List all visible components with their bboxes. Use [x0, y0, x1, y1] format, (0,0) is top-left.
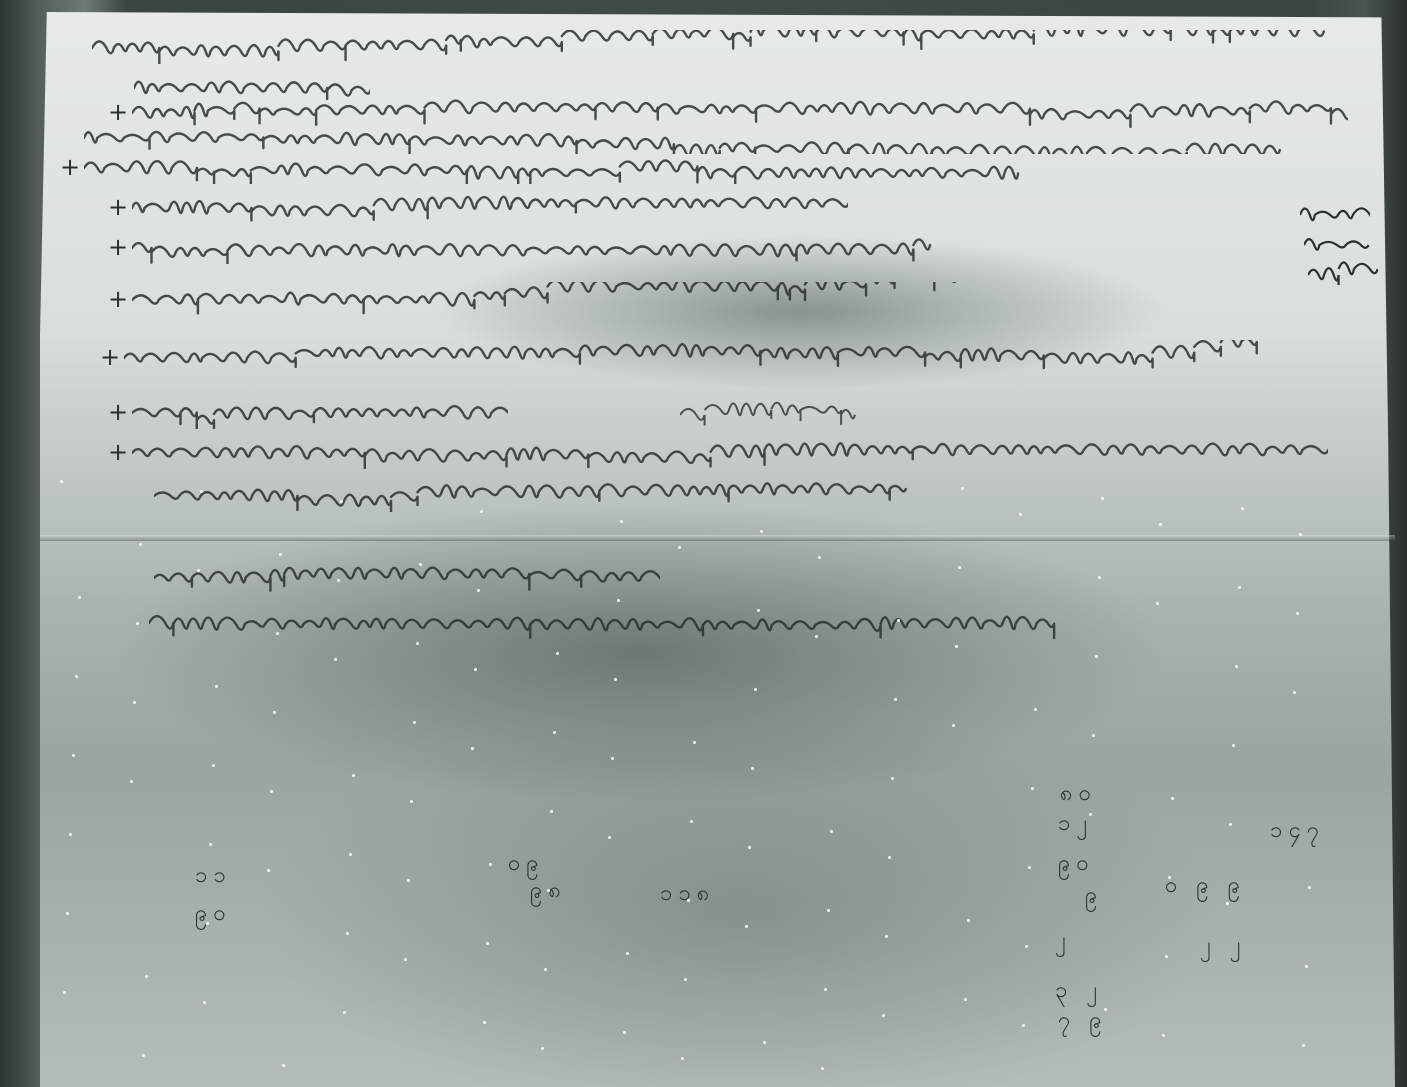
handwritten-script	[124, 340, 1260, 374]
photo-noise-speck	[614, 678, 617, 681]
photo-noise-speck	[349, 853, 352, 856]
manuscript-line: +	[108, 435, 1328, 469]
manuscript-line: +	[108, 230, 938, 264]
photo-noise-speck	[891, 777, 894, 780]
photo-noise-speck	[623, 1031, 626, 1034]
photo-noise-speck	[754, 688, 757, 691]
manuscript-line	[68, 30, 1328, 64]
photo-noise-speck	[1025, 945, 1028, 948]
photo-noise-speck	[818, 556, 821, 559]
photo-noise-speck	[209, 843, 212, 846]
photo-noise-speck	[547, 889, 550, 892]
margin-annotation	[1300, 195, 1370, 229]
photo-noise-speck	[888, 856, 891, 859]
numeral-mark: ၁၄၇	[1270, 815, 1325, 848]
entry-plus-marker: +	[60, 153, 78, 181]
photo-noise-speck	[1031, 787, 1034, 790]
photo-noise-speck	[477, 589, 480, 592]
photo-noise-speck	[751, 767, 754, 770]
margin-annotation	[1304, 225, 1374, 259]
entry-plus-marker: +	[108, 398, 126, 426]
handwritten-script	[154, 478, 910, 512]
photo-noise-speck	[1299, 533, 1302, 536]
photo-noise-speck	[270, 790, 273, 793]
photo-noise-speck	[60, 480, 63, 483]
photo-noise-speck	[145, 975, 148, 978]
photo-noise-speck	[687, 899, 690, 902]
photo-noise-speck	[1226, 902, 1229, 905]
handwritten-script	[132, 282, 968, 316]
photo-noise-speck	[620, 520, 623, 523]
manuscript-line: +	[108, 395, 508, 429]
photo-noise-speck	[541, 1047, 544, 1050]
handwritten-script	[149, 605, 1065, 639]
photo-noise-speck	[334, 658, 337, 661]
photo-noise-speck	[203, 1001, 206, 1004]
handwritten-script	[132, 435, 1328, 469]
photo-noise-speck	[133, 701, 136, 704]
photo-noise-speck	[340, 500, 343, 503]
photo-noise-speck	[553, 731, 556, 734]
photo-noise-speck	[416, 642, 419, 645]
photo-noise-speck	[410, 800, 413, 803]
photo-noise-speck	[1104, 1008, 1107, 1011]
handwritten-script	[84, 120, 1290, 154]
photo-noise-speck	[693, 741, 696, 744]
manuscript-line: +	[100, 340, 1260, 374]
photo-noise-speck	[276, 632, 279, 635]
photo-noise-speck	[489, 863, 492, 866]
photo-noise-speck	[1235, 665, 1238, 668]
photo-noise-speck	[1095, 655, 1098, 658]
photo-noise-speck	[967, 919, 970, 922]
photo-noise-speck	[1159, 523, 1162, 526]
photo-noise-speck	[1229, 823, 1232, 826]
manuscript-line	[60, 120, 1290, 154]
photo-noise-speck	[419, 563, 422, 566]
photo-noise-speck	[681, 1057, 684, 1060]
photo-noise-speck	[626, 952, 629, 955]
photo-noise-speck	[142, 1054, 145, 1057]
photo-noise-speck	[1296, 612, 1299, 615]
photo-noise-speck	[474, 668, 477, 671]
photo-noise-speck	[556, 652, 559, 655]
photo-noise-speck	[1232, 744, 1235, 747]
entry-plus-marker: +	[108, 285, 126, 313]
photo-noise-speck	[78, 596, 81, 599]
photo-noise-speck	[471, 747, 474, 750]
photo-noise-speck	[337, 579, 340, 582]
photo-noise-speck	[885, 935, 888, 938]
photo-noise-speck	[1089, 813, 1092, 816]
numeral-mark: ၉	[1085, 880, 1103, 913]
photo-noise-speck	[1308, 886, 1311, 889]
photo-noise-speck	[1034, 708, 1037, 711]
numeral-mark: ၂	[1055, 925, 1072, 958]
photo-noise-speck	[678, 546, 681, 549]
photo-noise-speck	[1101, 497, 1104, 500]
entry-plus-marker: +	[108, 438, 126, 466]
photo-noise-speck	[882, 1014, 885, 1017]
photo-noise-speck	[404, 958, 407, 961]
photo-noise-speck	[897, 619, 900, 622]
photo-noise-speck	[1293, 691, 1296, 694]
photo-noise-speck	[75, 675, 78, 678]
numeral-mark: ၁၂	[1058, 808, 1093, 841]
photo-noise-speck	[413, 721, 416, 724]
photo-noise-speck	[544, 968, 547, 971]
photo-noise-speck	[69, 833, 72, 836]
photo-noise-speck	[1156, 602, 1159, 605]
photo-noise-speck	[815, 635, 818, 638]
photo-noise-speck	[550, 810, 553, 813]
photo-noise-speck	[407, 879, 410, 882]
photo-noise-speck	[486, 942, 489, 945]
photo-noise-speck	[343, 1011, 346, 1014]
entry-plus-marker: +	[108, 193, 126, 221]
photo-noise-speck	[608, 836, 611, 839]
entry-plus-marker: +	[108, 233, 126, 261]
photo-noise-speck	[757, 609, 760, 612]
handwritten-script	[92, 30, 1328, 64]
photo-noise-speck	[1028, 866, 1031, 869]
photo-noise-speck	[282, 1064, 285, 1067]
photo-noise-speck	[200, 490, 203, 493]
manuscript-line: +	[108, 190, 848, 224]
manuscript-line	[125, 605, 1065, 639]
photo-noise-speck	[352, 774, 355, 777]
photo-noise-speck	[961, 487, 964, 490]
numeral-mark: ၀ ၉ ၉	[1165, 870, 1246, 903]
paper-fold-crease	[40, 535, 1395, 541]
photo-noise-speck	[827, 909, 830, 912]
photo-noise-speck	[206, 922, 209, 925]
manuscript-line: +	[108, 282, 968, 316]
numeral-mark: ၈၀	[1060, 778, 1097, 811]
photo-noise-speck	[273, 711, 276, 714]
photo-noise-speck	[760, 530, 763, 533]
photo-noise-speck	[1019, 513, 1022, 516]
numeral-mark: ၇ ၉	[1058, 1005, 1108, 1038]
photo-noise-speck	[894, 698, 897, 701]
numeral-mark: ၉၀	[1058, 848, 1095, 881]
photo-noise-speck	[72, 754, 75, 757]
manuscript-line: +	[60, 150, 1020, 184]
photo-noise-speck	[611, 757, 614, 760]
photo-noise-speck	[1098, 576, 1101, 579]
interlinear-note	[680, 395, 860, 429]
photo-noise-speck	[1165, 955, 1168, 958]
photo-noise-speck	[215, 685, 218, 688]
handwritten-script	[154, 560, 660, 594]
photo-noise-speck	[1302, 1044, 1305, 1047]
photo-noise-speck	[483, 1021, 486, 1024]
photo-noise-speck	[1238, 586, 1241, 589]
photo-noise-speck	[136, 622, 139, 625]
photo-noise-speck	[1305, 965, 1308, 968]
photo-noise-speck	[958, 566, 961, 569]
photo-noise-speck	[1171, 797, 1174, 800]
numeral-mark: ၁၁	[195, 860, 232, 893]
photo-noise-speck	[824, 988, 827, 991]
photo-noise-speck	[1241, 507, 1244, 510]
photo-noise-speck	[748, 846, 751, 849]
handwritten-script	[132, 230, 938, 264]
photo-noise-speck	[1162, 1034, 1165, 1037]
photo-noise-speck	[1168, 876, 1171, 879]
photo-noise-speck	[130, 780, 133, 783]
photo-noise-speck	[617, 599, 620, 602]
entry-plus-marker: +	[100, 343, 118, 371]
photo-noise-speck	[346, 932, 349, 935]
handwritten-script	[132, 395, 508, 429]
numeral-mark: ၃ ၂	[1055, 975, 1103, 1008]
photo-noise-speck	[1022, 1024, 1025, 1027]
handwritten-script	[84, 150, 1020, 184]
photo-noise-speck	[66, 912, 69, 915]
photo-noise-speck	[197, 569, 200, 572]
numeral-mark: ၂ ၂	[1200, 930, 1247, 963]
manuscript-line	[130, 560, 660, 594]
photo-noise-speck	[952, 724, 955, 727]
photo-noise-speck	[821, 1067, 824, 1070]
handwritten-script	[132, 190, 848, 224]
numeral-mark: ၁၁၈	[660, 878, 715, 911]
photo-noise-speck	[139, 543, 142, 546]
photo-noise-speck	[212, 764, 215, 767]
photo-noise-speck	[63, 991, 66, 994]
photo-noise-speck	[684, 978, 687, 981]
photo-noise-speck	[480, 510, 483, 513]
photo-noise-speck	[955, 645, 958, 648]
photo-noise-speck	[690, 820, 693, 823]
numeral-mark: ၉၀	[195, 898, 232, 931]
photo-noise-speck	[964, 998, 967, 1001]
photo-noise-speck	[1092, 734, 1095, 737]
photo-noise-speck	[830, 830, 833, 833]
margin-annotation	[1308, 255, 1378, 289]
photo-noise-speck	[745, 925, 748, 928]
manuscript-line	[130, 478, 910, 512]
photo-noise-speck	[279, 553, 282, 556]
photo-noise-speck	[267, 869, 270, 872]
photo-noise-speck	[763, 1041, 766, 1044]
